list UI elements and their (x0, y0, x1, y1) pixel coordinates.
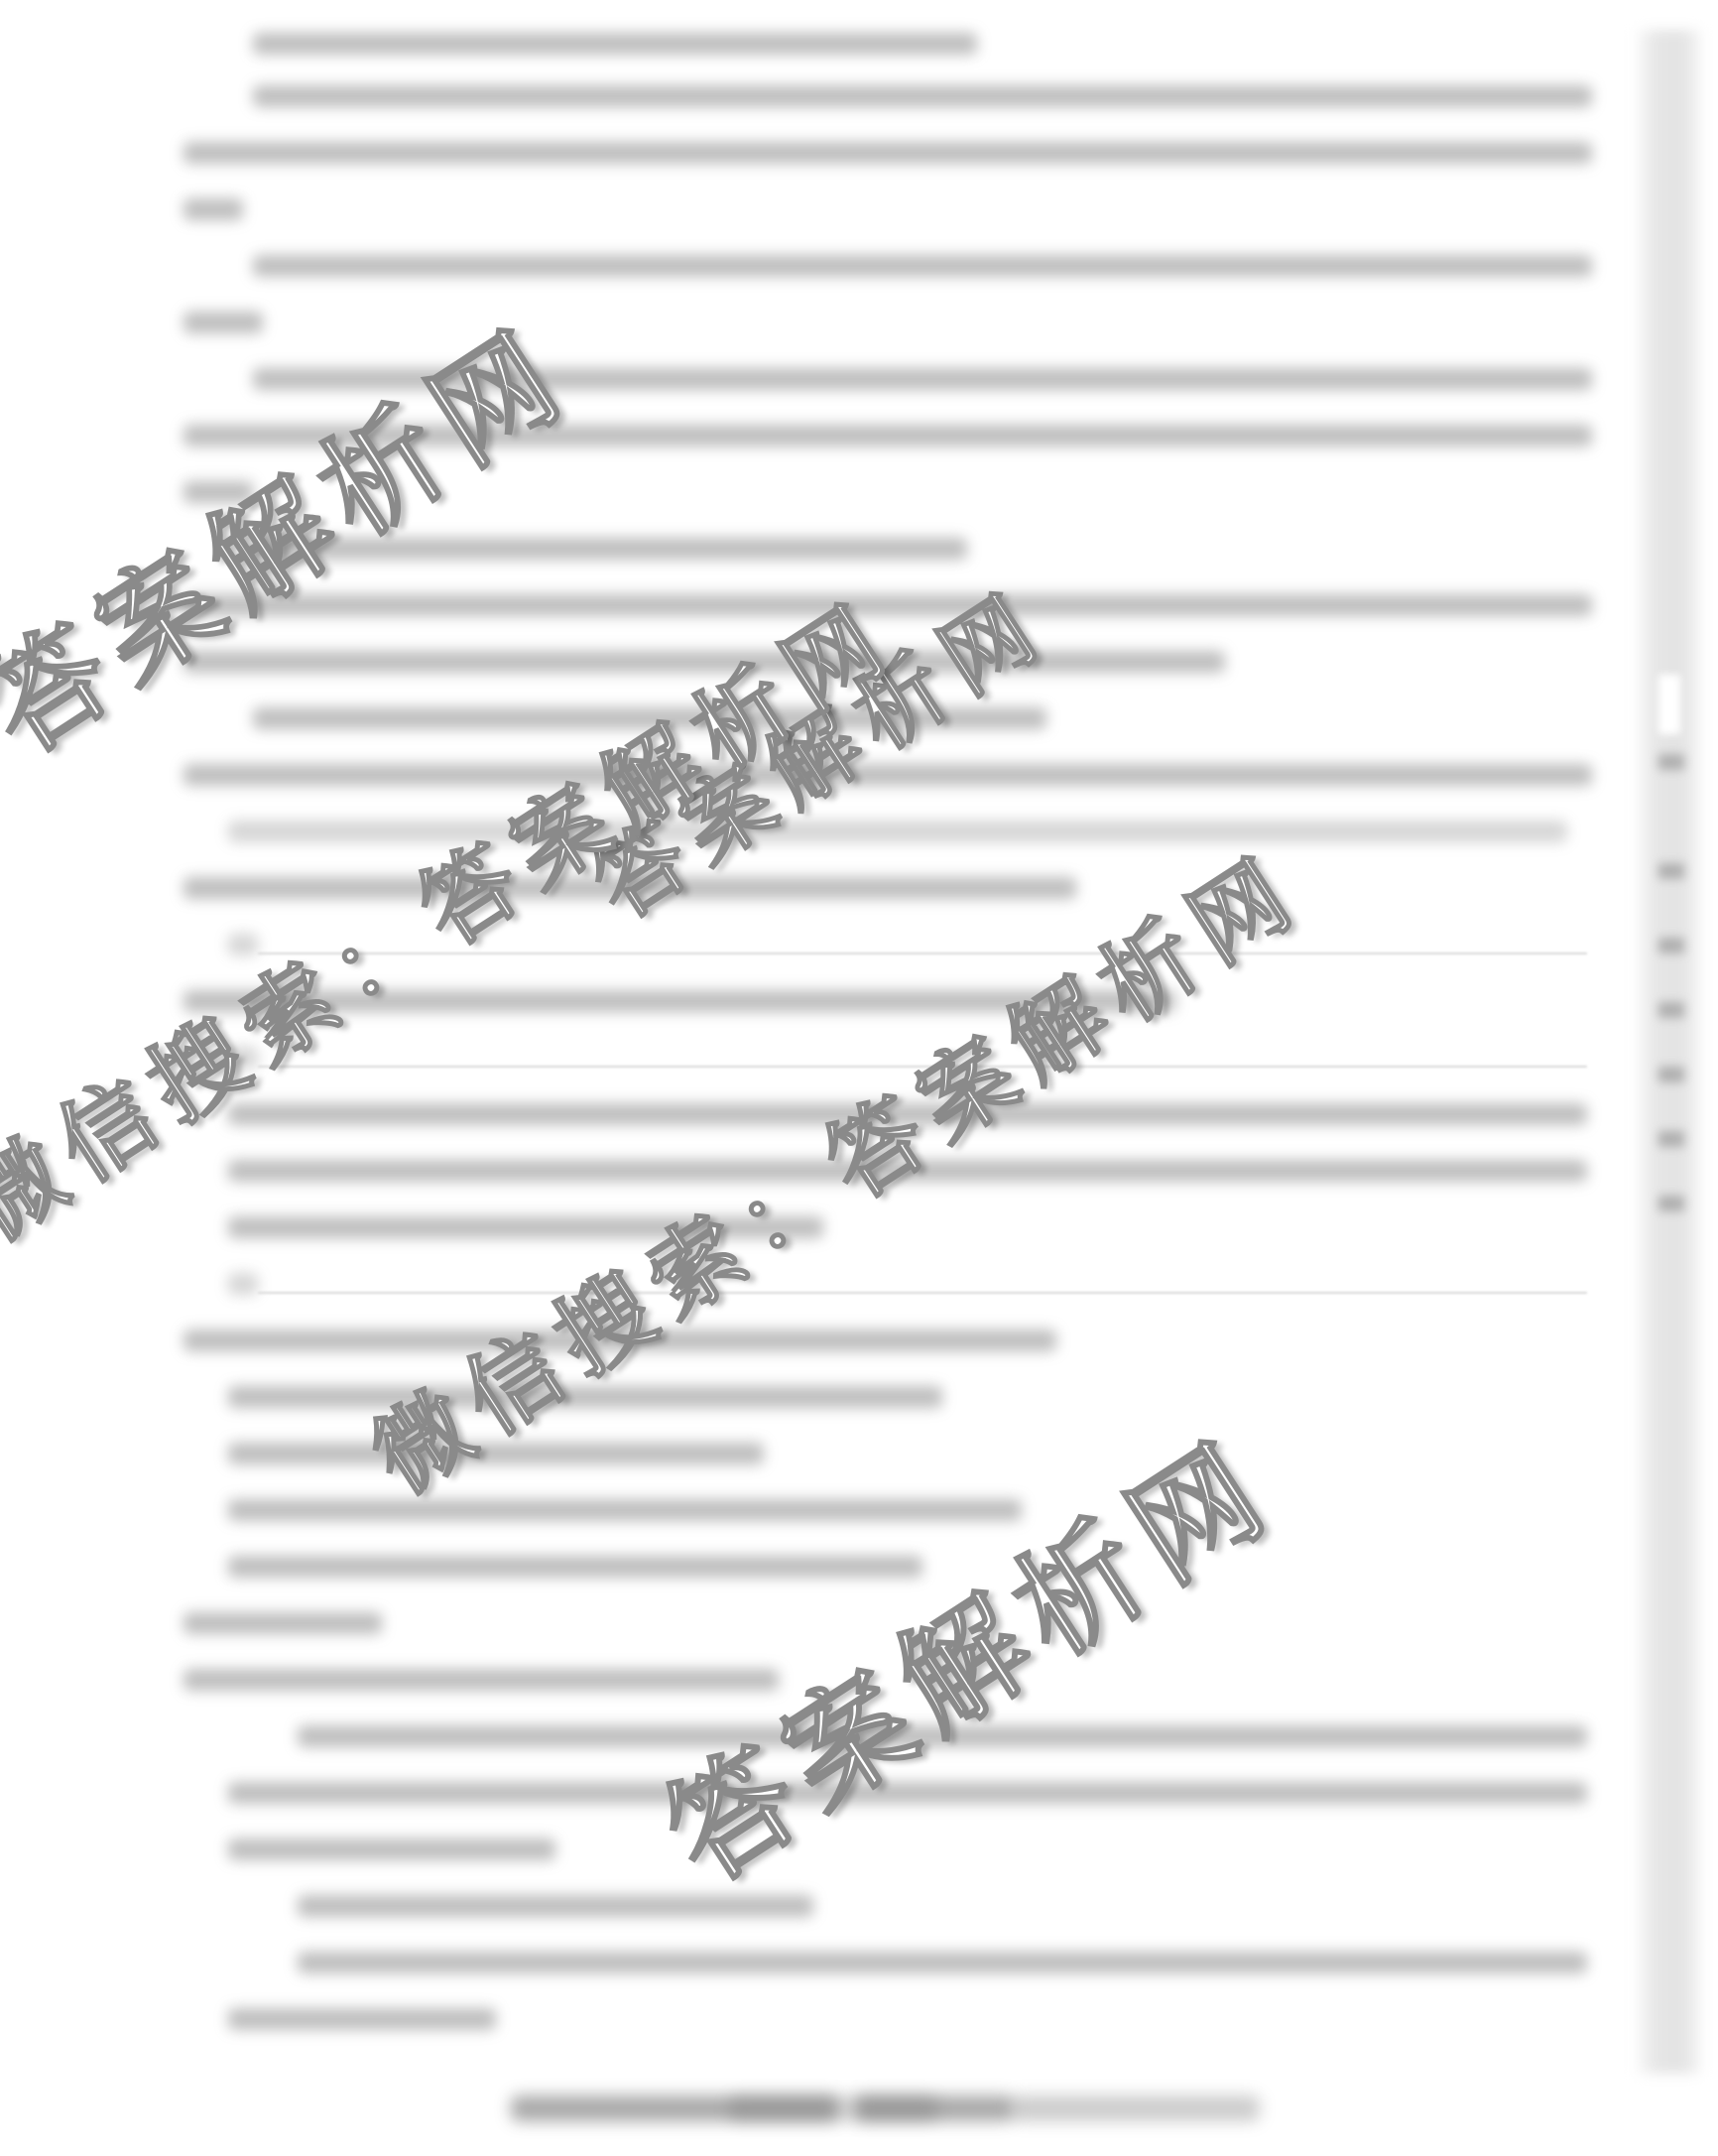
watermark: 答案解析网 (627, 1390, 1302, 1915)
exam-page: 答案解析网 答案解析网 微信搜索：答案解析网 微信搜索：答案解析网 答案解析网 (0, 0, 1718, 2156)
